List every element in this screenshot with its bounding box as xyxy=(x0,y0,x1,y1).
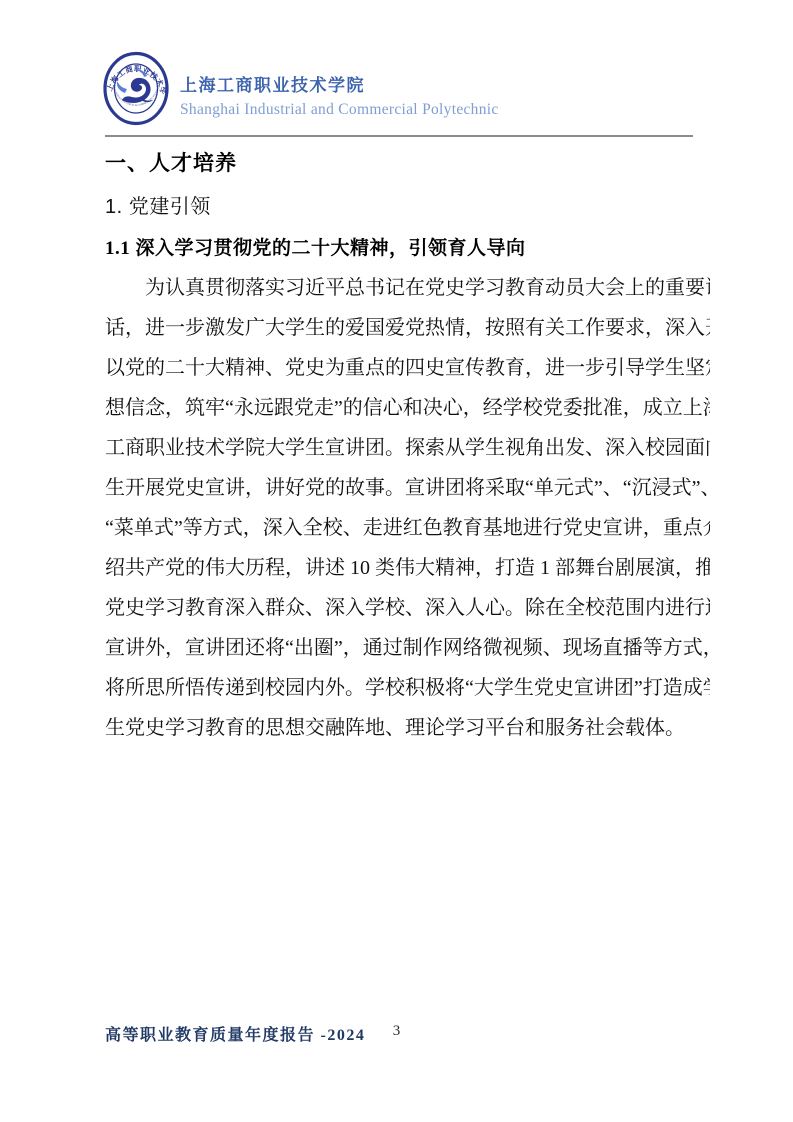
body-paragraph: 为认真贯彻落实习近平总书记在党史学习教育动员大会上的重要讲话，进一步激发广大学生… xyxy=(105,268,710,748)
document-page: 上海工商职业技术学院 SHANGHAI INDUSTRIAL & COMMERC… xyxy=(0,0,793,1122)
header-divider xyxy=(105,135,693,137)
paragraph-line: 工商职业技术学院大学生宣讲团。探索从学生视角出发、深入校园面向学 xyxy=(105,428,710,468)
paragraph-line: 生开展党史宣讲，讲好党的故事。宣讲团将采取“单元式”、“沉浸式”、 xyxy=(105,468,710,508)
paragraph-line: 生党史学习教育的思想交融阵地、理论学习平台和服务社会载体。 xyxy=(105,708,710,748)
school-name-en: Shanghai Industrial and Commercial Polyt… xyxy=(180,101,499,119)
paragraph-line: “菜单式”等方式，深入全校、走进红色教育基地进行党史宣讲，重点介 xyxy=(105,508,710,548)
paragraph-line: 将所思所悟传递到校园内外。学校积极将“大学生党史宣讲团”打造成学 xyxy=(105,668,710,708)
paragraph-line: 党史学习教育深入群众、深入学校、深入人心。除在全校范围内进行巡回 xyxy=(105,588,710,628)
paragraph-line: 为认真贯彻落实习近平总书记在党史学习教育动员大会上的重要讲 xyxy=(105,268,710,308)
school-name-zh: 上海工商职业技术学院 xyxy=(180,71,499,96)
paragraph-line: 想信念，筑牢“永远跟党走”的信心和决心，经学校党委批准，成立上海 xyxy=(105,388,710,428)
section-heading-level3: 1.1 深入学习贯彻党的二十大精神，引领育人导向 xyxy=(105,233,526,260)
paragraph-line: 绍共产党的伟大历程，讲述 10 类伟大精神，打造 1 部舞台剧展演，推动 xyxy=(105,548,710,588)
paragraph-line: 宣讲外，宣讲团还将“出圈”，通过制作网络微视频、现场直播等方式， xyxy=(105,628,710,668)
section-heading-level1: 一、人才培养 xyxy=(105,147,237,177)
school-name-block: 上海工商职业技术学院 Shanghai Industrial and Comme… xyxy=(180,71,499,119)
section-heading-level2: 1. 党建引领 xyxy=(105,190,211,219)
paragraph-line: 以党的二十大精神、党史为重点的四史宣传教育，进一步引导学生坚定理 xyxy=(105,348,710,388)
page-number: 3 xyxy=(0,1023,793,1040)
paragraph-line: 话，进一步激发广大学生的爱国爱党热情，按照有关工作要求，深入开展 xyxy=(105,308,710,348)
school-logo-icon: 上海工商职业技术学院 SHANGHAI INDUSTRIAL & COMMERC… xyxy=(103,51,169,126)
